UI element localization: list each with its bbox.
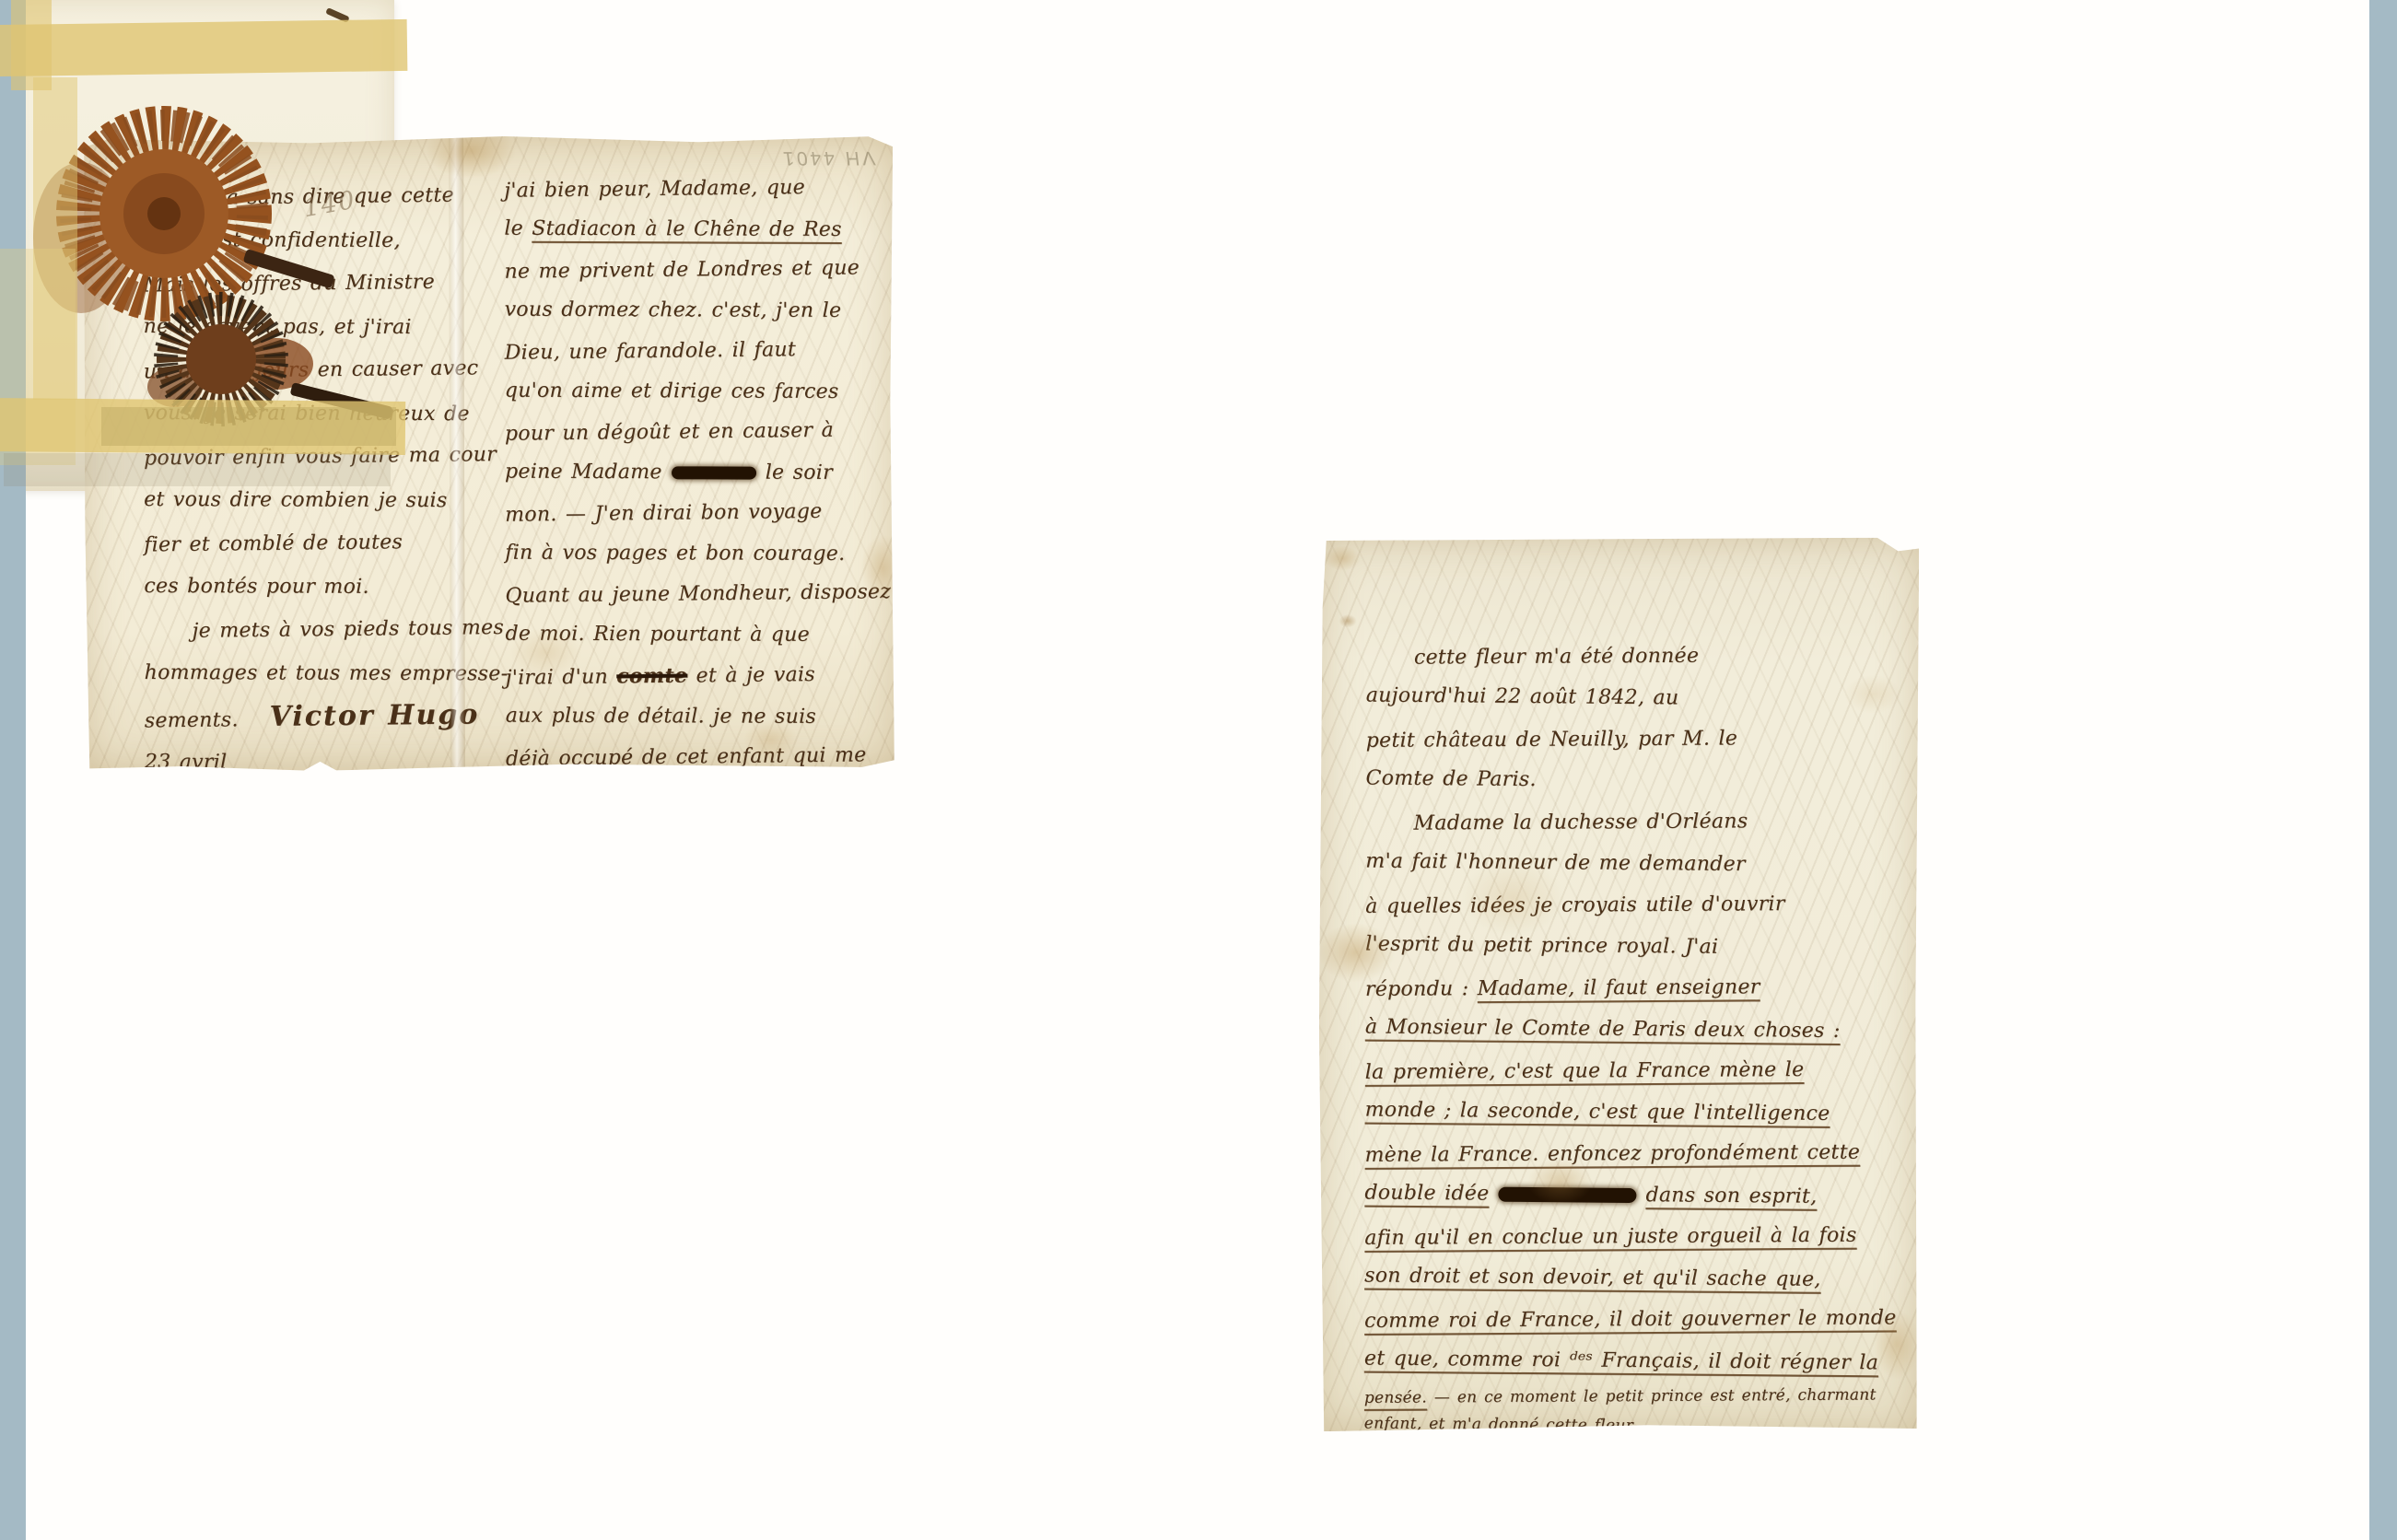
manuscript-line: de moi. Rien pourtant à que	[505, 614, 894, 656]
ink-blot	[1498, 1187, 1636, 1203]
manuscript-line: petit château de Neuilly, par M. le	[1366, 717, 1919, 762]
ink-text: la première, c'est que la France mène le	[1365, 1058, 1805, 1084]
manuscript-line: Madame la duchesse d'Orléans	[1365, 799, 1918, 845]
manuscript-line: son droit et son devoir, et qu'il sache …	[1364, 1254, 1917, 1301]
fold-crease	[449, 136, 465, 770]
ink-text: 23 avril	[145, 751, 228, 774]
ink-text: pour un dégoût et en causer à	[505, 419, 834, 446]
ink-text: fin à vos pages et bon courage.	[505, 542, 845, 566]
flower-letter-text: cette fleur m'a été donnéeaujourd'hui 22…	[1318, 536, 1920, 1433]
ink-text: comme roi de France, il doit gouverner l…	[1364, 1306, 1897, 1333]
ink-text: — en ce moment le petit prince est entré…	[1427, 1386, 1877, 1407]
ink-text: et à je vais	[687, 663, 815, 688]
manuscript-line: j'irai d'un comte et à je vais	[505, 653, 894, 699]
crossed-out-word: comte	[616, 664, 687, 689]
ink-text: ne me privent de Londres et que	[504, 256, 859, 283]
ink-text: aux plus de détail. je ne suis	[506, 705, 816, 729]
ink-text: mène la France. enfoncez profondément ce…	[1364, 1141, 1860, 1167]
manuscript-line: déjà occupé de cet enfant qui me	[506, 735, 894, 780]
manuscript-line: j'ai bien peur, Madame, que	[504, 167, 893, 212]
ink-text: mon. — J'en dirai bon voyage	[505, 500, 823, 527]
manuscript-line: mon. — J'en dirai bon voyage	[505, 491, 894, 536]
ink-text: à Monsieur le Comte de Paris deux choses…	[1365, 1015, 1841, 1043]
flower-letter: cette fleur m'a été donnéeaujourd'hui 22…	[1318, 536, 1920, 1433]
signature: Victor Hugo	[269, 698, 479, 733]
ink-text: de moi. Rien pourtant à que	[505, 623, 810, 647]
packet-smudge	[4, 453, 391, 486]
ink-text: Madame la duchesse d'Orléans	[1413, 810, 1748, 834]
ink-text: double idée	[1364, 1181, 1489, 1205]
ink-text: m'a fait l'honneur de me demander	[1365, 849, 1746, 876]
manuscript-line: Dieu, une farandole. il faut	[504, 329, 893, 374]
manuscript-line: comme roi de France, il doit gouverner l…	[1364, 1297, 1917, 1342]
ink-text: cette fleur m'a été donnée	[1414, 645, 1699, 670]
frame-right-band	[2369, 0, 2397, 1540]
ink-text: petit château de Neuilly, par M. le	[1366, 727, 1738, 752]
manuscript-line: ces bontés pour moi.	[144, 565, 451, 609]
manuscript-line: aux plus de détail. je ne suis	[506, 696, 894, 738]
ink-text: le	[504, 217, 532, 240]
manuscript-line: afin qu'il en conclue un juste orgueil à…	[1364, 1214, 1917, 1259]
ink-text: à quelles idées je croyais utile d'ouvri…	[1365, 892, 1785, 918]
ink-text: et vous dire combien je suis	[144, 488, 447, 512]
letter-right-page: j'ai bien peur, Madame, quele Stadiacon …	[463, 135, 894, 770]
manuscript-line: fin à vos pages et bon courage.	[505, 533, 894, 575]
manuscript-line: l'esprit du petit prince royal. J'ai	[1365, 923, 1918, 969]
ink-text: déjà occupé de cet enfant qui me	[506, 743, 867, 770]
ink-text: Quant au jeune Mondheur, disposez	[505, 580, 891, 608]
manuscript-line: à Monsieur le Comte de Paris deux choses…	[1365, 1006, 1918, 1052]
ink-text: peine Madame	[505, 461, 662, 484]
ink-text: j'ai bien peur, Madame, que	[504, 176, 805, 203]
archive-stamp: VH 4401	[779, 146, 877, 169]
manuscript-line: peine Madamele soir	[505, 452, 894, 494]
ink-text: répondu :	[1365, 977, 1478, 1001]
manuscript-line: enfant, et m'a donné cette fleur.	[1364, 1408, 1917, 1442]
manuscript-line: pensée. — en ce moment le petit prince e…	[1364, 1380, 1917, 1413]
ink-text: ces bontés pour moi.	[144, 575, 369, 599]
flower-packet	[0, 0, 394, 491]
ink-text: j'irai d'un	[506, 665, 617, 689]
ink-text: vous dormez chez. c'est, j'en le	[505, 298, 842, 322]
underlined-text: Stadiacon à le Chêne de Res	[532, 217, 842, 241]
manuscript-line: mène la France. enfoncez profondément ce…	[1364, 1131, 1917, 1176]
ink-blot	[672, 466, 756, 479]
manuscript-line: cette fleur m'a été donnée	[1366, 634, 1919, 679]
manuscript-line: sements.Victor Hugo	[144, 694, 452, 743]
manuscript-line: double idéedans son esprit,	[1364, 1172, 1917, 1218]
ink-text: dans son esprit,	[1645, 1184, 1817, 1208]
ink-text: et que, comme roi ᵈᵉˢ Français, il doit …	[1364, 1347, 1878, 1374]
ink-text: son droit et son devoir, et qu'il sache …	[1364, 1264, 1821, 1290]
manuscript-line: je mets à vos pieds tous mes	[144, 607, 452, 654]
manuscript-line: répondu : Madame, il faut enseigner	[1365, 965, 1918, 1010]
tape-strip-bottom-inner	[101, 407, 396, 446]
ink-text: enfant, et m'a donné cette fleur.	[1364, 1414, 1637, 1435]
manuscript-line: et que, comme roi ᵈᵉˢ Français, il doit …	[1364, 1337, 1917, 1383]
ink-text: Dieu, une farandole. il faut	[505, 338, 797, 365]
ink-text: sements.	[145, 708, 239, 732]
ink-text: afin qu'il en conclue un juste orgueil à…	[1364, 1224, 1856, 1250]
manuscript-line: hommages et tous mes empresse-	[145, 651, 452, 695]
underlined-text: pensée.	[1364, 1388, 1427, 1406]
ink-text: qu'on aime et dirige ces farces	[505, 379, 839, 403]
manuscript-line: vous dormez chez. c'est, j'en le	[505, 290, 894, 332]
manuscript-line: Comte de Paris.	[1365, 757, 1918, 803]
manuscript-line: monde ; la seconde, c'est que l'intellig…	[1364, 1089, 1917, 1135]
ink-text: monde ; la seconde, c'est que l'intellig…	[1365, 1098, 1830, 1125]
ink-text: aujourd'hui 22 août 1842, au	[1366, 683, 1679, 709]
manuscript-line: aujourd'hui 22 août 1842, au	[1366, 674, 1919, 720]
ink-text: l'esprit du petit prince royal. J'ai	[1365, 932, 1718, 958]
ink-text: Comte de Paris.	[1365, 766, 1536, 791]
manuscript-line: 23 avril	[145, 741, 452, 785]
manuscript-line: ne me privent de Londres et que	[504, 248, 893, 293]
manuscript-line: Quant au jeune Mondheur, disposez	[505, 572, 894, 617]
manuscript-line: qu'on aime et dirige ces farces	[505, 371, 894, 413]
ink-text: le soir	[766, 461, 833, 484]
catalog-photo: Il va sans dire que cettelettre est conf…	[0, 0, 2397, 1540]
ink-text: fier et comblé de toutes	[144, 531, 403, 556]
manuscript-line: la première, c'est que la France mène le	[1365, 1048, 1918, 1093]
manuscript-line: m'a fait l'honneur de me demander	[1365, 840, 1918, 886]
manuscript-line: fier et comblé de toutes	[144, 520, 452, 567]
underlined-text: Madame, il faut enseigner	[1478, 975, 1760, 1000]
manuscript-line: le Stadiacon à le Chêne de Res	[504, 209, 893, 251]
manuscript-line: à quelles idées je croyais utile d'ouvri…	[1365, 882, 1918, 927]
manuscript-line: pour un dégoût et en causer à	[505, 410, 894, 455]
tape-strip-top	[0, 19, 407, 76]
